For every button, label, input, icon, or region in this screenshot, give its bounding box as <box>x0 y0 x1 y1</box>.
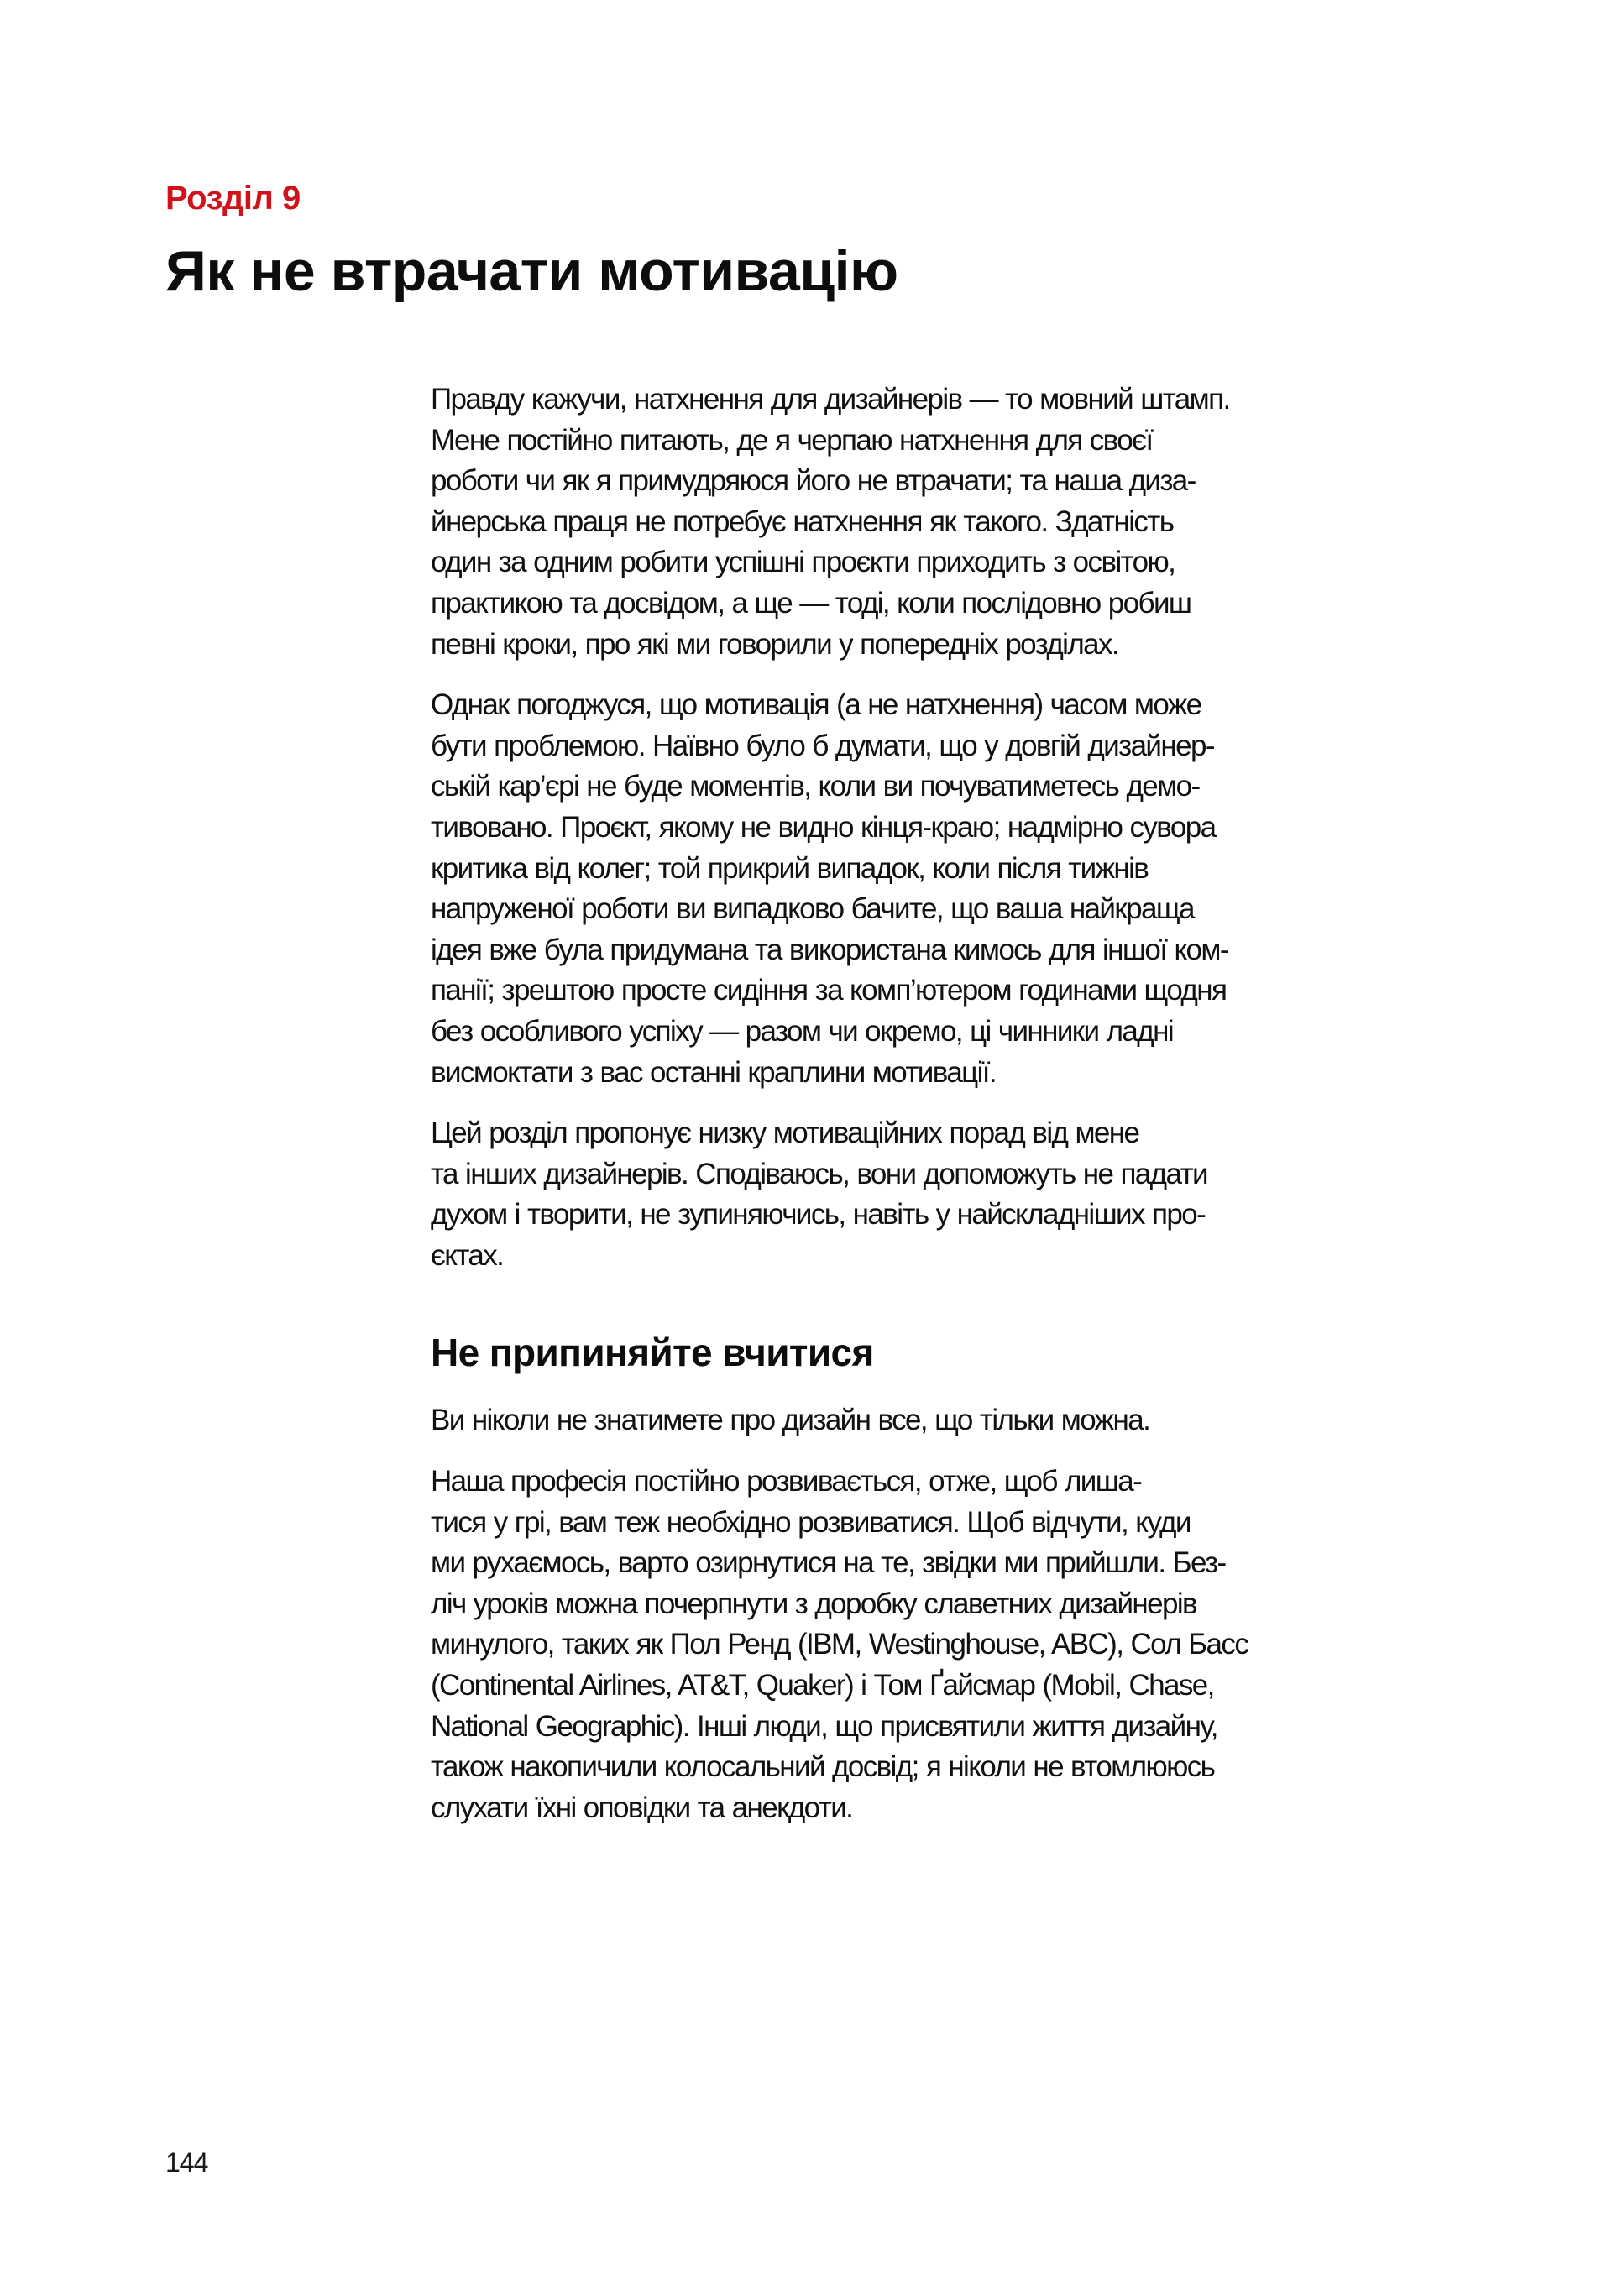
paragraph: Правду кажучи, натхнення для дизайнерів … <box>431 379 1405 665</box>
paragraph: Однак погоджуся, що мотивація (а не натх… <box>431 685 1405 1093</box>
section-heading: Не припиняйте вчитися <box>431 1330 1405 1375</box>
page-number: 144 <box>165 2147 207 2178</box>
text-line: один за одним робити успішні проєкти при… <box>431 542 1405 583</box>
body-column: Правду кажучи, натхнення для дизайнерів … <box>431 379 1405 1849</box>
text-line: практикою та досвідом, а ще — тоді, коли… <box>431 583 1405 625</box>
text-line: Мене постійно питають, де я черпаю натхн… <box>431 421 1405 462</box>
text-line: National Geographic). Інші люди, що прис… <box>431 1707 1405 1748</box>
text-line: Однак погоджуся, що мотивація (а не натх… <box>431 685 1405 726</box>
text-line: та інших дизайнерів. Сподіваюсь, вони до… <box>431 1154 1405 1195</box>
text-line: йнерська праця не потребує натхнення як … <box>431 502 1405 543</box>
text-line: ліч уроків можна почерпнути з доробку сл… <box>431 1584 1405 1625</box>
text-line: духом і творити, не зупиняючись, навіть … <box>431 1195 1405 1236</box>
text-line: роботи чи як я примудряюся його не втрач… <box>431 461 1405 502</box>
chapter-label: Розділ 9 <box>165 180 301 217</box>
text-line: певні кроки, про які ми говорили у попер… <box>431 625 1405 666</box>
text-line: ідея вже була придумана та використана к… <box>431 930 1405 971</box>
text-line: Правду кажучи, натхнення для дизайнерів … <box>431 379 1405 421</box>
paragraph: Наша професія постійно розвивається, отж… <box>431 1462 1405 1828</box>
text-line: тивовано. Проєкт, якому не видно кінця-к… <box>431 808 1405 849</box>
text-line: ській кар’єрі не буде моментів, коли ви … <box>431 766 1405 808</box>
text-line: напруженої роботи ви випадково бачите, щ… <box>431 889 1405 930</box>
text-line: єктах. <box>431 1236 1405 1277</box>
section-body: Ви ніколи не знатимете про дизайн все, щ… <box>431 1400 1405 1828</box>
text-line: бути проблемою. Наївно було б думати, що… <box>431 726 1405 767</box>
text-line: Ви ніколи не знатимете про дизайн все, щ… <box>431 1400 1405 1441</box>
text-line: без особливого успіху — разом чи окремо,… <box>431 1012 1405 1053</box>
intro-text: Правду кажучи, натхнення для дизайнерів … <box>431 379 1405 1276</box>
text-line: панії; зрештою просте сидіння за комп’ют… <box>431 970 1405 1012</box>
text-line: минулого, таких як Пол Ренд (IBM, Westin… <box>431 1624 1405 1666</box>
text-line: Наша професія постійно розвивається, отж… <box>431 1462 1405 1503</box>
text-line: Цей розділ пропонує низку мотиваційних п… <box>431 1113 1405 1154</box>
chapter-title: Як не втрачати мотивацію <box>165 238 898 304</box>
text-line: (Continental Airlines, AT&T, Quaker) і Т… <box>431 1666 1405 1707</box>
text-line: також накопичили колосальний досвід; я н… <box>431 1747 1405 1788</box>
paragraph: Цей розділ пропонує низку мотиваційних п… <box>431 1113 1405 1276</box>
text-line: тися у грі, вам теж необхідно розвиватис… <box>431 1503 1405 1544</box>
paragraph: Ви ніколи не знатимете про дизайн все, щ… <box>431 1400 1405 1441</box>
text-line: висмоктати з вас останні краплини мотива… <box>431 1053 1405 1094</box>
text-line: слухати їхні оповідки та анекдоти. <box>431 1788 1405 1829</box>
text-line: ми рухаємось, варто озирнутися на те, зв… <box>431 1543 1405 1584</box>
text-line: критика від колег; той прикрий випадок, … <box>431 849 1405 890</box>
